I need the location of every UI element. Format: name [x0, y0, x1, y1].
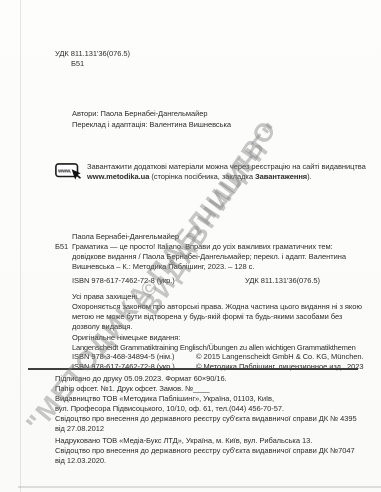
biblio-description-line: Вишневська – К.: Методика Паблішинг, 202… — [72, 262, 346, 272]
rights-reserved-line: Усі права захищені. — [72, 292, 362, 302]
download-line-1: Завантажити додаткові матеріали можна че… — [87, 162, 366, 172]
www-download-icon: www. — [55, 163, 81, 184]
isbn-value: ISBN 978-3-468-34894-5 (нім.) — [72, 352, 196, 362]
biblio-description: Граматика — це просто! Italiano. Вправи … — [72, 242, 346, 272]
imprint-line: від 27.08.2012 — [55, 424, 357, 434]
download-mid: (сторінка посібника, закладка — [149, 172, 255, 181]
udk-number: УДК 811.131'36(076.5) — [55, 49, 130, 59]
copyright-law-line: Охороняється законом про авторські права… — [72, 302, 362, 312]
book-imprint-page: УДК 811.131'36(076.5) Б51 Автори: Паола … — [0, 0, 381, 492]
isbn-row: ISBN 978-3-468-34894-5 (нім.)© 2015 Lang… — [72, 352, 364, 362]
page-edge-left — [20, 0, 21, 492]
download-notice: www. Завантажити додаткові матеріали мож… — [55, 162, 366, 184]
download-end: ). — [307, 172, 311, 181]
site-url: www.metodika.ua — [87, 172, 149, 181]
download-text: Завантажити додаткові матеріали можна че… — [87, 162, 366, 182]
biblio-author: Паола Бернабеі-Дангельмайер — [72, 232, 179, 242]
download-bold-word: Завантаження — [255, 172, 307, 181]
copyright-holder: © 2015 Langenscheidt GmbH & Co. KG, Münc… — [196, 352, 364, 361]
printed-block: Надруковано ТОВ «Медіа-Букс ЛТД», Україн… — [55, 436, 355, 466]
isbn-value: ISBN 978-617-7462-72-8 (укр.) — [72, 362, 196, 372]
udk-right: УДК 811.131'36(076.5) — [245, 276, 320, 286]
udk-block: УДК 811.131'36(076.5) Б51 — [55, 49, 130, 69]
copyright-law-line: метою не може бути відтворена у будь-які… — [72, 312, 362, 322]
imprint-line: Свідоцтво про внесення до державного реє… — [55, 414, 357, 424]
imprint-block: Підписано до друку 05.09.2023. Формат 60… — [55, 374, 357, 433]
original-edition-block: Оригінальне німецьке видання: Langensche… — [72, 333, 356, 353]
printed-line: Надруковано ТОВ «Медіа-Букс ЛТД», Україн… — [55, 436, 355, 446]
biblio-description-line: довідкове видання / Паола Бернабеі-Данге… — [72, 252, 346, 262]
authors-line: Автори: Паола Бернабеі-Дангельмайер — [72, 108, 231, 119]
biblio-code: Б51 — [55, 242, 68, 252]
divider-rule — [28, 368, 358, 370]
download-line-2: www.metodika.ua (сторінка посібника, зак… — [87, 172, 366, 182]
page-edge-bottom — [18, 486, 381, 488]
printed-line: від 12.03.2020. — [55, 456, 355, 466]
authors-block: Автори: Паола Бернабеі-Дангельмайер Пере… — [72, 108, 231, 130]
imprint-line: Підписано до друку 05.09.2023. Формат 60… — [55, 374, 357, 384]
isbn-row: ISBN 978-617-7462-72-8 (укр.)© Методика … — [72, 362, 364, 372]
original-edition-title: Оригінальне німецьке видання: — [72, 333, 356, 343]
translator-line: Переклад і адаптація: Валентина Вишневсь… — [72, 119, 231, 130]
isbn-ukr: ISBN 978-617-7462-72-8 (укр.) — [72, 276, 175, 286]
biblio-description-line: Граматика — це просто! Italiano. Вправи … — [72, 242, 346, 252]
imprint-line: Видавництво ТОВ «Методика Паблішинг», Ук… — [55, 394, 357, 404]
bbk-code: Б51 — [71, 59, 130, 69]
rights-block: Усі права захищені. Охороняється законом… — [72, 292, 362, 332]
imprint-line: вул. Професора Підвисоцького, 10/10, оф.… — [55, 404, 357, 414]
copyright-law-line: дозволу видавця. — [72, 322, 362, 332]
printed-line: Свідоцтво про внесення до державного реє… — [55, 446, 355, 456]
www-icon-label: www. — [57, 169, 72, 175]
watermark-line-1: ВИДАВНИЦТВО — [135, 114, 284, 321]
imprint-line: Папір офсет. №1. Друк офсет. Замов. №___… — [55, 384, 357, 394]
